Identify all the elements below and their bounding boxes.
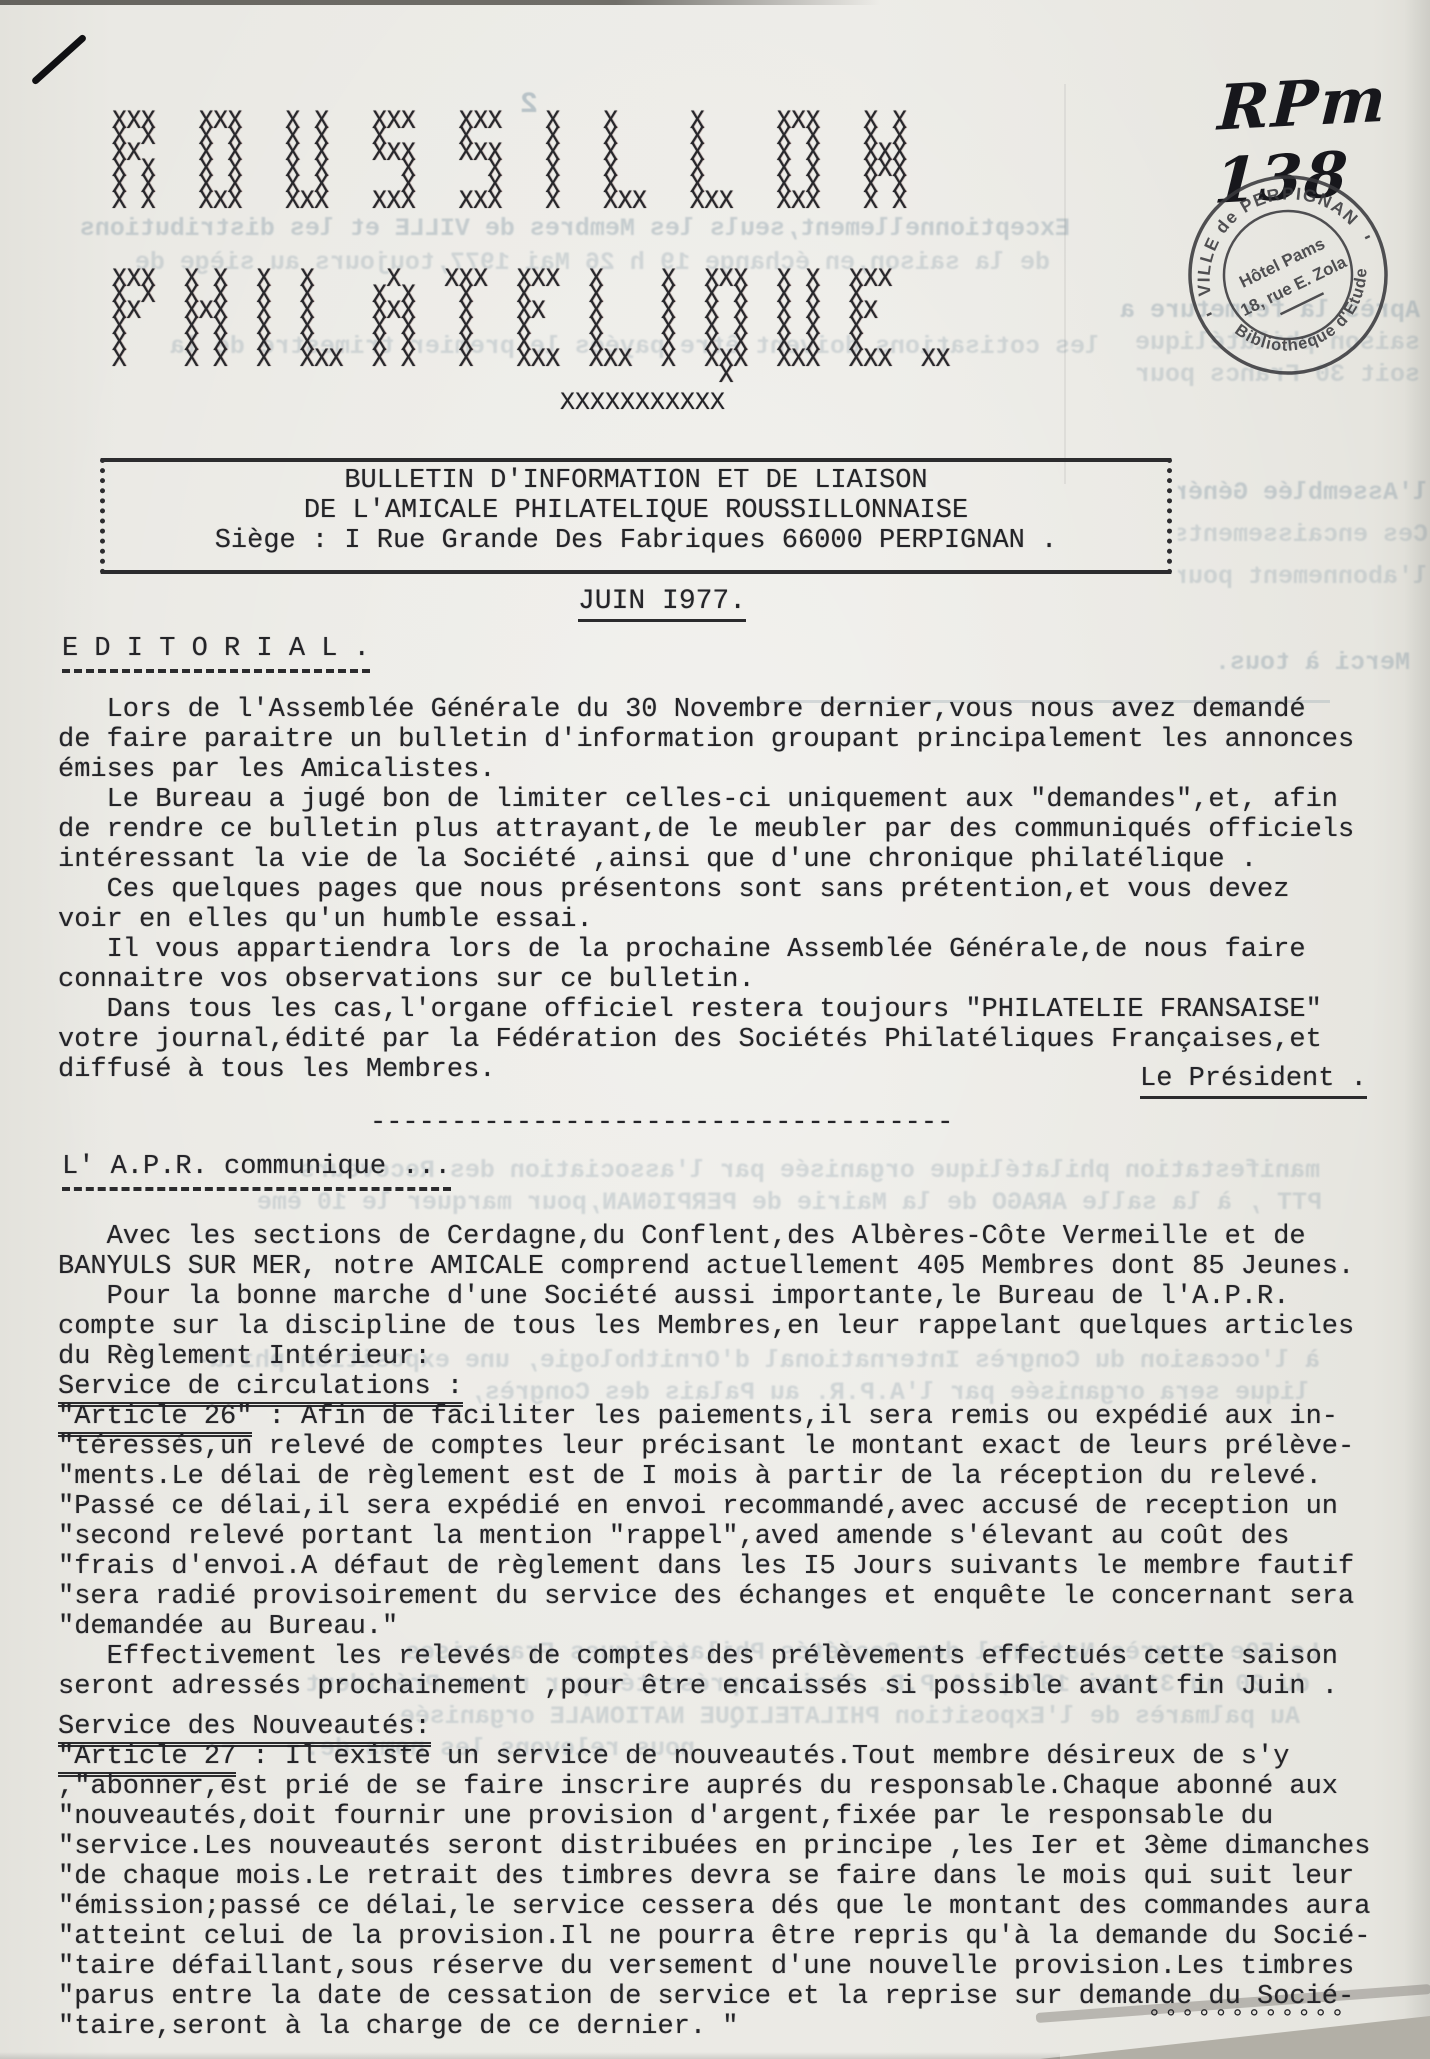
text-line: "nouveautés,doit fournir une provision d…: [58, 1802, 1403, 1832]
paper-crease: [1064, 84, 1066, 484]
bulletin-header-box: BULLETIN D'INFORMATION ET DE LIAISON DE …: [100, 458, 1172, 574]
text-line: émises par les Amicalistes.: [58, 755, 1403, 785]
bleed-through-text: PTT , à la salle ARAGO de la Mairie de P…: [62, 1188, 1322, 1217]
service-circulations-heading: Service de circulations :: [58, 1372, 1403, 1402]
library-stamp: VILLE de PERPIGNAN Bibliothèque d'Etude …: [1181, 168, 1395, 382]
text-line: votre journal,édité par la Fédération de…: [58, 1025, 1403, 1055]
bulletin-title-line: BULLETIN D'INFORMATION ET DE LIAISON: [105, 466, 1167, 496]
text-line: Ces quelques pages que nous présentons s…: [58, 875, 1403, 905]
text-line: compte sur la discipline de tous les Mem…: [58, 1312, 1403, 1342]
bleed-through-text: l'abonnement pour 1978,: [1178, 562, 1428, 591]
communique-body: Avec les sections de Cerdagne,du Conflen…: [58, 1222, 1403, 2042]
bottom-edge-shadow: [0, 2052, 1060, 2059]
text-line: "second relevé portant la mention "rappe…: [58, 1522, 1403, 1552]
service-nouveautes-heading: Service des Nouveautés:: [58, 1712, 1403, 1742]
text-line: Dans tous les cas,l'organe officiel rest…: [58, 995, 1403, 1025]
bleed-through-text: Ces encaissements permettant: [1178, 520, 1428, 549]
scan-edge-strip: [0, 0, 880, 5]
separator-line: ------------------------------------: [370, 1108, 953, 1138]
x-divider-row: XXXXXXXXXXX: [560, 388, 725, 417]
bleed-through-text: l'Assemblée Générale de la: [1178, 478, 1428, 507]
text-line: "émission;passé ce délai,le service cess…: [58, 1892, 1403, 1922]
bulletin-subtitle-line: DE L'AMICALE PHILATELIQUE ROUSSILLONNAIS…: [105, 496, 1167, 526]
editorial-body: Lors de l'Assemblée Générale du 30 Novem…: [58, 695, 1403, 1085]
text-line: du Règlement Intérieur:: [58, 1342, 1403, 1372]
text-line: Il vous appartiendra lors de la prochain…: [58, 935, 1403, 965]
text-line: BANYULS SUR MER, notre AMICALE comprend …: [58, 1252, 1403, 1282]
text-line: intéressant la vie de la Société ,ainsi …: [58, 845, 1403, 875]
text-line: voir en elles qu'un humble essai.: [58, 905, 1403, 935]
signature-le-president: Le Président .: [1140, 1064, 1367, 1094]
text-line: Lors de l'Assemblée Générale du 30 Novem…: [58, 695, 1403, 725]
text-line: Pour la bonne marche d'une Société aussi…: [58, 1282, 1403, 1312]
bleed-through-text: Merci à tous.: [1190, 648, 1410, 677]
text-line: connaitre vos observations sur ce bullet…: [58, 965, 1403, 995]
text-line: "taire défaillant,sous réserve du versem…: [58, 1952, 1403, 1982]
text-line: "atteint celui de la provision.Il ne pou…: [58, 1922, 1403, 1952]
issue-date: JUIN I977.: [578, 586, 746, 617]
text-line: de faire paraitre un bulletin d'informat…: [58, 725, 1403, 755]
article-26-line: "Article 26" : Afin de faciliter les pai…: [58, 1402, 1403, 1432]
editorial-heading: E D I T O R I A L .: [62, 634, 370, 664]
ascii-title-roussillon: XXX XXX X X XXX XXX X X X XXX X X X X X …: [112, 112, 907, 208]
text-line: ,"abonner,est prié de se faire inscrire …: [58, 1772, 1403, 1802]
article-27-line: "Article 27 : Il existe un service de no…: [58, 1742, 1403, 1772]
page-edge-shadow: [1404, 0, 1430, 2059]
trailing-dots: ∘∘∘∘∘∘∘∘∘∘∘∘: [1148, 2000, 1348, 2026]
text-line: Avec les sections de Cerdagne,du Conflen…: [58, 1222, 1403, 1252]
apr-communique-heading: L' A.P.R. communique ...: [62, 1152, 451, 1182]
bleed-through-text: Exceptionnellement,seuls les Membres de …: [170, 214, 1070, 243]
text-line: Le Bureau a jugé bon de limiter celles-c…: [58, 785, 1403, 815]
text-line: "Passé ce délai,il sera expédié en envoi…: [58, 1492, 1403, 1522]
text-line: "de chaque mois.Le retrait des timbres d…: [58, 1862, 1403, 1892]
ascii-title-philatelique: XXX X X X X X XXX XXX X X XXX X X XXX X …: [112, 270, 950, 382]
text-line: Effectivement les relevés de comptes des…: [58, 1642, 1403, 1672]
bulletin-address-line: Siège : I Rue Grande Des Fabriques 66000…: [105, 526, 1167, 556]
text-line: "frais d'envoi.A défaut de règlement dan…: [58, 1552, 1403, 1582]
text-line: de rendre ce bulletin plus attrayant,de …: [58, 815, 1403, 845]
text-line: "téressés,un relevé de comptes leur préc…: [58, 1432, 1403, 1462]
text-line: "sera radié provisoirement du service de…: [58, 1582, 1403, 1612]
text-line: "ments.Le délai de règlement est de I mo…: [58, 1462, 1403, 1492]
text-line: "service.Les nouveautés seront distribué…: [58, 1832, 1403, 1862]
text-line: "demandée au Bureau.": [58, 1612, 1403, 1642]
scanned-bulletin-page: 2 Exceptionnellement,seuls les Membres d…: [0, 0, 1430, 2059]
text-line: seront adressés prochainement ,pour être…: [58, 1672, 1403, 1702]
